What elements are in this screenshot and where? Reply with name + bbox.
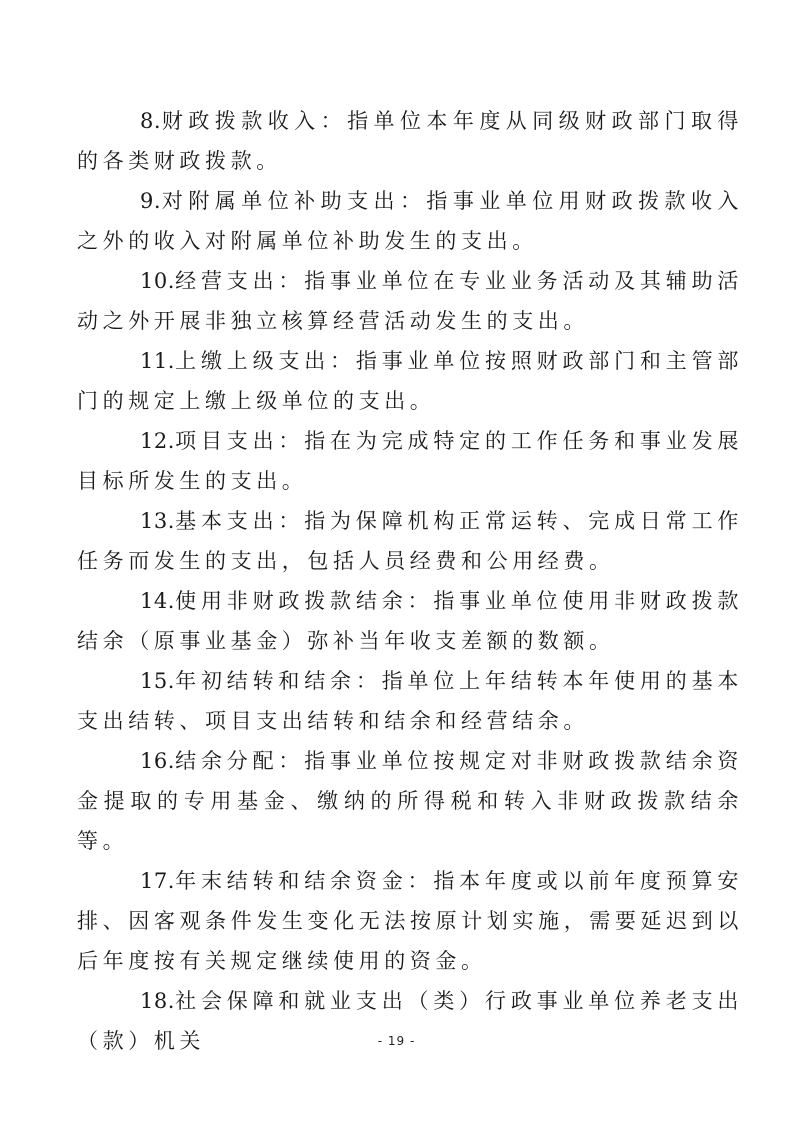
definition-paragraph-16: 16.结余分配：指事业单位按规定对非财政拨款结余资金提取的专用基金、缴纳的所得税… [77,741,743,861]
definition-paragraph-9: 9.对附属单位补助支出：指事业单位用财政拨款收入之外的收入对附属单位补助发生的支… [77,181,743,261]
definition-paragraph-12: 12.项目支出：指在为完成特定的工作任务和事业发展目标所发生的支出。 [77,421,743,501]
item-text: 年初结转和结余：指单位上年结转本年使用的基本支出结转、项目支出结转和结余和经营结… [77,669,743,733]
definition-paragraph-15: 15.年初结转和结余：指单位上年结转本年使用的基本支出结转、项目支出结转和结余和… [77,661,743,741]
item-number: 10. [140,269,175,293]
definition-paragraph-18: 18.社会保障和就业支出（类）行政事业单位养老支出（款）机关 [77,981,743,1061]
item-number: 18. [140,989,175,1013]
item-text: 上缴上级支出：指事业单位按照财政部门和主管部门的规定上缴上级单位的支出。 [77,349,743,413]
item-number: 16. [140,749,175,773]
item-text: 财政拨款收入：指单位本年度从同级财政部门取得的各类财政拨款。 [77,109,743,173]
definition-paragraph-13: 13.基本支出：指为保障机构正常运转、完成日常工作任务而发生的支出，包括人员经费… [77,501,743,581]
item-number: 17. [140,869,175,893]
item-number: 9. [140,189,161,213]
item-number: 15. [140,669,175,693]
item-text: 经营支出：指事业单位在专业业务活动及其辅助活动之外开展非独立核算经营活动发生的支… [77,269,743,333]
item-number: 8. [140,109,161,133]
definition-paragraph-8: 8.财政拨款收入：指单位本年度从同级财政部门取得的各类财政拨款。 [77,101,743,181]
item-text: 基本支出：指为保障机构正常运转、完成日常工作任务而发生的支出，包括人员经费和公用… [77,509,743,573]
page-number: - 19 - [0,1034,793,1048]
item-number: 12. [140,429,175,453]
definition-paragraph-17: 17.年末结转和结余资金：指本年度或以前年度预算安排、因客观条件发生变化无法按原… [77,861,743,981]
item-text: 年末结转和结余资金：指本年度或以前年度预算安排、因客观条件发生变化无法按原计划实… [77,869,743,973]
item-number: 11. [140,349,175,373]
definition-paragraph-11: 11.上缴上级支出：指事业单位按照财政部门和主管部门的规定上缴上级单位的支出。 [77,341,743,421]
item-text: 项目支出：指在为完成特定的工作任务和事业发展目标所发生的支出。 [77,429,743,493]
item-text: 结余分配：指事业单位按规定对非财政拨款结余资金提取的专用基金、缴纳的所得税和转入… [77,749,743,853]
item-text: 对附属单位补助支出：指事业单位用财政拨款收入之外的收入对附属单位补助发生的支出。 [77,189,743,253]
item-number: 13. [140,509,175,533]
item-number: 14. [140,589,175,613]
item-text: 使用非财政拨款结余：指事业单位使用非财政拨款结余（原事业基金）弥补当年收支差额的… [77,589,743,653]
definition-paragraph-10: 10.经营支出：指事业单位在专业业务活动及其辅助活动之外开展非独立核算经营活动发… [77,261,743,341]
definition-paragraph-14: 14.使用非财政拨款结余：指事业单位使用非财政拨款结余（原事业基金）弥补当年收支… [77,581,743,661]
document-body: 8.财政拨款收入：指单位本年度从同级财政部门取得的各类财政拨款。 9.对附属单位… [77,101,743,1061]
